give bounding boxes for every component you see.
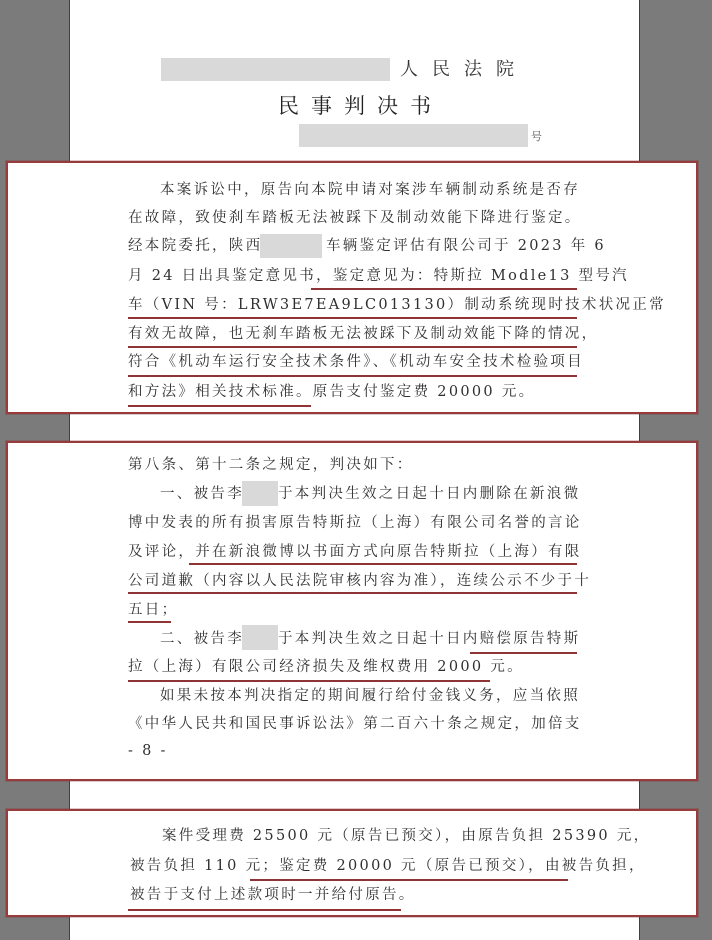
text-line: 五日； (128, 599, 178, 621)
court-name-redaction (161, 58, 390, 81)
text-line: 被告负担 110 元；鉴定费 20000 元（原告已预交），由被告负担， (130, 855, 646, 877)
text-line: 车辆鉴定评估有限公司于 2023 年 6 (326, 235, 606, 257)
text-line: 拉（上海）有限公司经济损失及维权费用 2000 元。 (128, 656, 524, 678)
emphasis-underline (128, 346, 577, 348)
emphasis-underline (470, 652, 577, 654)
text-line: 经本院委托，陕西 (128, 235, 262, 257)
emphasis-underline (128, 621, 171, 623)
emphasis-underline (128, 317, 577, 319)
text-line: 本案诉讼中，原告向本院申请对案涉车辆制动系统是否存 (160, 179, 580, 201)
text-line: 《中华人民共和国民事诉讼法》第二百六十条之规定，加倍支 (128, 713, 582, 735)
text-line: 二、被告李 (160, 628, 244, 650)
court-name: 人民法院 (400, 58, 528, 82)
text-line: 一、被告李 (160, 483, 244, 505)
text-line: 符合《机动车运行安全技术条件》、《机动车安全技术检验项目 (128, 351, 584, 373)
text-line: 有效无故障，也无刹车踏板无法被踩下及制动效能下降的情况， (128, 323, 598, 345)
text-line: 车（VIN 号：LRW3E7EA9LC013130）制动系统现时技术状况正常 (128, 294, 666, 316)
case-number-redaction (299, 124, 528, 147)
emphasis-underline (311, 288, 577, 290)
emphasis-underline (128, 592, 577, 594)
document-title: 民事判决书 (278, 92, 443, 120)
emphasis-underline (128, 680, 490, 682)
text-line: 月 24 日出具鉴定意见书，鉴定意见为：特斯拉 Modle13 型号汽 (128, 265, 629, 287)
text-line: 第八条、第十二条之规定，判决如下： (128, 454, 414, 476)
name-redaction (242, 481, 278, 506)
text-line: 案件受理费 25500 元（原告已预交），由原告负担 25390 元， (162, 825, 650, 847)
text-line: 于本判决生效之日起十日内赔偿原告特斯 (278, 628, 580, 650)
name-redaction (260, 234, 322, 258)
text-line: 公司道歉（内容以人民法院审核内容为准），连续公示不少于十 (128, 570, 591, 592)
highlight-box-fees: 案件受理费 25500 元（原告已预交），由原告负担 25390 元，被告负担 … (6, 809, 698, 917)
text-line: 博中发表的所有损害原告特斯拉（上海）有限公司名誉的言论 (128, 512, 582, 534)
highlight-box-judgment: 第八条、第十二条之规定，判决如下：一、被告李于本判决生效之日起十日内删除在新浪微… (6, 441, 698, 781)
text-line: 被告于支付上述款项时一并给付原告。 (130, 884, 416, 906)
emphasis-underline (189, 563, 577, 565)
highlight-box-appraisal: 本案诉讼中，原告向本院申请对案涉车辆制动系统是否存在故障，致使刹车踏板无法被踩下… (6, 161, 698, 414)
emphasis-underline (128, 909, 401, 911)
text-line: 和方法》相关技术标准。原告支付鉴定费 20000 元。 (128, 381, 535, 403)
text-line: 及评论，并在新浪微博以书面方式向原告特斯拉（上海）有限 (128, 541, 582, 563)
case-number-suffix: 号 (531, 128, 542, 144)
emphasis-underline (128, 405, 311, 407)
name-redaction (242, 625, 278, 650)
text-line: - 8 - (128, 740, 168, 762)
emphasis-underline (250, 879, 568, 881)
text-line: 如果未按本判决指定的期间履行给付金钱义务，应当依照 (160, 685, 580, 707)
text-line: 在故障，致使刹车踏板无法被踩下及制动效能下降进行鉴定。 (128, 207, 582, 229)
text-line: 于本判决生效之日起十日内删除在新浪微 (278, 483, 580, 505)
emphasis-underline (128, 375, 577, 377)
